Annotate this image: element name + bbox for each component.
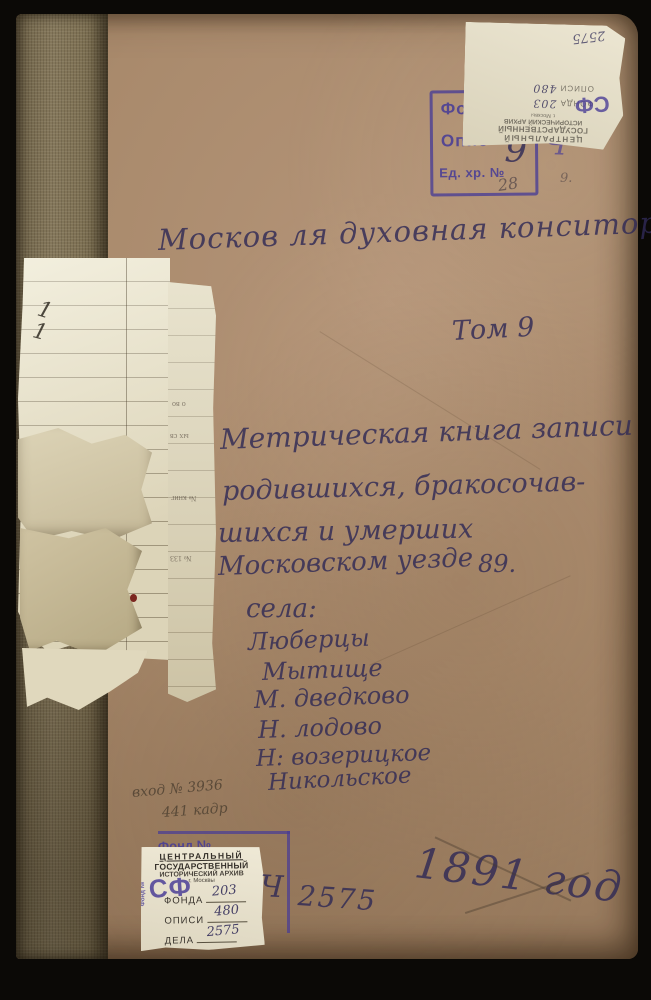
village-medvedkovo: М. дведково: [254, 683, 410, 712]
archive-label-top-upside-down: ЦЕНТРАЛЬНЫЙ ГОСУДАРСТВЕННЫЙ ИСТОРИЧЕСКИЙ…: [462, 22, 625, 150]
opisi-value: 480: [214, 903, 240, 920]
fonda-value: 203: [532, 97, 556, 111]
fonda-value: 203: [211, 883, 237, 900]
dela-label: ДЕЛА: [165, 935, 195, 947]
archive-label-top-content: ЦЕНТРАЛЬНЫЙ ГОСУДАРСТВЕННЫЙ ИСТОРИЧЕСКИЙ…: [466, 24, 621, 148]
torn-paper-flap: [20, 528, 142, 656]
fonda-label: ФОНДА: [164, 895, 203, 907]
opisi-label: ОПИСИ: [164, 915, 204, 927]
handwritten-89: 89.: [478, 552, 516, 576]
torn-paper-flap: [18, 428, 152, 540]
ink-case-number: 2575: [297, 882, 378, 915]
village-mytishche: Мытище: [262, 656, 383, 684]
old-paper-strip: о во ых св № книг № 133: [168, 282, 216, 702]
stamp-box-top-edge: [158, 831, 290, 834]
handwritten-note-9: 9.: [560, 172, 572, 185]
handwritten-line-and-died: шихся и умерших: [218, 516, 474, 547]
village-n-lodovo: Н. лодово: [258, 714, 383, 742]
ink-letter-ch: Ч: [259, 872, 284, 903]
dela-value: 2575: [206, 922, 240, 940]
sf-overstamp: СФ: [574, 90, 610, 118]
handwritten-sela: села:: [246, 596, 317, 622]
archive-label-bottom: ЦЕНТРАЛЬНЫЙ ГОСУДАРСТВЕННЫЙ ИСТОРИЧЕСКИЙ…: [139, 845, 265, 951]
stamp-box-right-edge: [287, 831, 290, 933]
case-number-scrawl: 2575: [571, 27, 606, 46]
faint-print-fragment: № 133: [170, 554, 192, 563]
handwritten-volume: Том 9: [451, 314, 535, 345]
village-lyubertsy: Люберцы: [248, 626, 370, 654]
faint-print-fragment: № книг: [171, 494, 196, 503]
wax-dot: [130, 594, 137, 602]
faint-print-fragment: о во: [172, 400, 186, 409]
faint-print-fragment: ых св: [170, 432, 189, 441]
opisi-value: 480: [532, 82, 556, 96]
stamp-line-ed-hr: Ед. хр. №: [439, 165, 505, 181]
photo-of-archival-book-cover: Фонд Опис Ед. хр. № 9 Ч 28 9. ЦЕНТРАЛЬНЫ…: [0, 0, 651, 1000]
